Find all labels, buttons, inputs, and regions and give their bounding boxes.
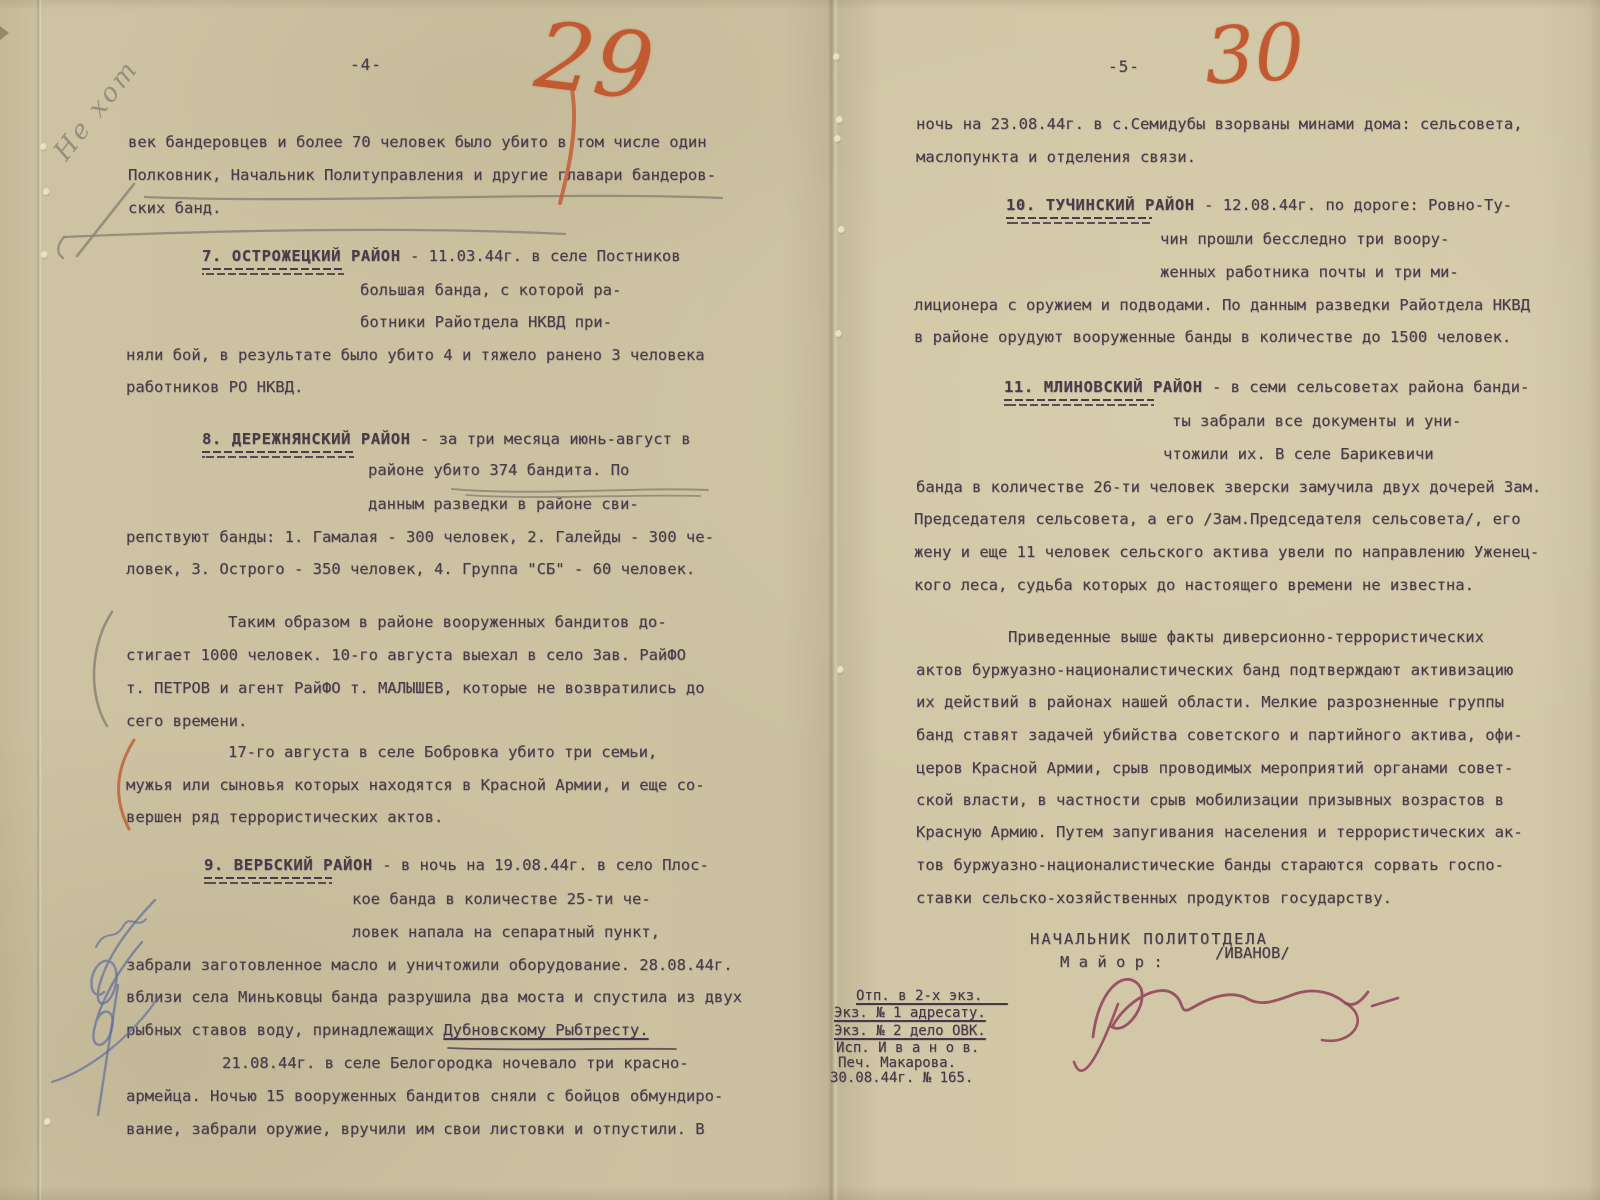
- heading-dash-underline: [204, 877, 332, 885]
- typed-line: кое банда в количестве 25-ти че-: [352, 890, 651, 909]
- typed-line: рыбных ставов воду, принадлежащих Дубнов…: [126, 1021, 649, 1040]
- typed-page-number-left: -4-: [350, 55, 382, 74]
- signature-descender: [1074, 1004, 1118, 1071]
- typed-line: мужья или сыновья которых находятся в Кр…: [126, 776, 705, 795]
- typed-line: 21.08.44г. в селе Белогородка ночевало т…: [222, 1054, 689, 1073]
- pinhole: [837, 666, 844, 675]
- typed-line: ночь на 23.08.44г. в с.Семидубы взорваны…: [916, 115, 1523, 134]
- typed-line: вблизи села Миньковцы банда разрушила дв…: [126, 988, 742, 1007]
- typed-line: забрали заготовленное масло и уничтожили…: [126, 956, 733, 975]
- typed-line: актов буржуазно-националистических банд …: [916, 661, 1513, 680]
- pinhole: [835, 330, 842, 339]
- typed-line: Таким образом в районе вооруженных банди…: [228, 613, 667, 632]
- typed-line: данным разведки в районе сви-: [368, 495, 639, 514]
- pinhole: [44, 1118, 51, 1127]
- pencil-underline-mark: [64, 230, 565, 237]
- typed-heading-line: 11. МЛИНОВСКИЙ РАЙОН - в семи сельсовета…: [1004, 378, 1529, 397]
- typed-line: вание, забрали оружие, вручили им свои л…: [126, 1120, 705, 1139]
- pencil-underline-hook: [58, 237, 64, 258]
- typed-line: их действий в районах нашей области. Мел…: [916, 693, 1504, 712]
- pinhole: [834, 135, 841, 144]
- pencil-slash-mark: [77, 184, 134, 256]
- typed-line: банд ставят задачей убийства советского …: [916, 726, 1523, 745]
- pencil-bracket-mark: [94, 612, 112, 726]
- typed-line: ских банд.: [128, 199, 221, 218]
- typed-heading-line: 9. ВЕРБСКИЙ РАЙОН - в ночь на 19.08.44г.…: [204, 856, 709, 875]
- typed-line: лиционера с оружием и подводами. По данн…: [914, 296, 1530, 315]
- typed-line: Председателя сельсовета, а его /Зам.Пред…: [914, 510, 1521, 529]
- pinhole: [40, 143, 47, 152]
- typed-line: ловек, 3. Острого - 350 человек, 4. Груп…: [126, 560, 695, 579]
- typed-line: М а й о р :: [1060, 953, 1163, 972]
- blue-diagonal-stroke: [98, 985, 118, 1115]
- typed-line: т. ПЕТРОВ и агент РайФО т. МАЛЫШЕВ, кото…: [126, 679, 705, 698]
- typed-line: Красную Армию. Путем запугивания населен…: [916, 823, 1523, 842]
- pinhole: [43, 188, 50, 197]
- typed-line: тов буржуазно-националистические банды с…: [916, 856, 1504, 875]
- typed-line: 17-го августа в селе Бобровка убито три …: [228, 743, 657, 762]
- typed-line: Полковник, Начальник Политуправления и д…: [128, 166, 716, 185]
- typed-line: маслопункта и отделения связи.: [916, 148, 1196, 167]
- handwritten-folio-number-right: 30: [1203, 7, 1307, 102]
- typed-line: в районе орудуют вооруженные банды в кол…: [914, 328, 1511, 347]
- typed-line: большая банда, с которой ра-: [360, 281, 621, 300]
- pinhole: [833, 53, 840, 62]
- typed-line: репствуют банды: 1. Гамалая - 300 челове…: [126, 528, 714, 547]
- typed-line: сего времени.: [126, 712, 247, 731]
- typed-heading-line: 7. ОСТРОЖЕЦКИЙ РАЙОН - 11.03.44г. в селе…: [202, 247, 681, 266]
- blue-cursive-swash: [52, 998, 158, 1082]
- typed-line: кого леса, судьба которых до настоящего …: [914, 576, 1474, 595]
- typed-heading-line: 10. ТУЧИНСКИЙ РАЙОН - 12.08.44г. по доро…: [1006, 196, 1512, 215]
- typed-line: армейца. Ночью 15 вооруженных бандитов с…: [126, 1087, 723, 1106]
- typed-line: работников РО НКВД.: [126, 378, 303, 397]
- signature-swash: [1322, 998, 1398, 1041]
- typed-line: банда в количестве 26-ти человек зверски…: [916, 478, 1541, 497]
- pinhole: [836, 116, 843, 125]
- blue-flourish-mark: [96, 919, 146, 947]
- document-scan: -4- -5- 29 30 Не хот век бандеровцев и б…: [0, 0, 1600, 1200]
- heading-dash-underline: [1004, 399, 1154, 407]
- typed-line: /ИВАНОВ/: [1215, 944, 1290, 963]
- paper-edge-nick: [0, 26, 9, 40]
- ink-underline-rybtrest: [448, 1048, 676, 1049]
- typed-line: жену и еще 11 человек сельского актива у…: [914, 543, 1539, 562]
- typed-line: Экз. № 1 адресату.: [834, 1004, 986, 1023]
- signature-scrawl: [1093, 979, 1368, 1037]
- pinhole: [838, 226, 845, 235]
- pencil-underline-mark: [145, 196, 722, 199]
- typed-line: женных работника почты и три ми-: [1160, 263, 1459, 282]
- typed-heading-line: 8. ДЕРЕЖНЯНСКИЙ РАЙОН - за три месяца ию…: [202, 430, 691, 449]
- typed-line: век бандеровцев и более 70 человек было …: [128, 133, 707, 152]
- typed-line: ставки сельско-хозяйственных продуктов г…: [916, 889, 1392, 908]
- handwritten-folio-number-left: 29: [530, 1, 659, 121]
- paper-fold-left: [36, 0, 42, 1200]
- typed-line: Приведенные выше факты диверсионно-терро…: [1008, 628, 1484, 647]
- typed-line: ловек напала на сепаратный пункт,: [352, 923, 660, 942]
- typed-line: ты забрали все документы и уни-: [1172, 412, 1461, 431]
- typed-line: ской власти, в частности срыв мобилизаци…: [916, 791, 1504, 810]
- typed-line: вершен ряд террористических актов.: [126, 808, 443, 827]
- typed-line: стигает 1000 человек. 10-го августа выех…: [126, 646, 686, 665]
- heading-dash-underline: [1006, 217, 1152, 225]
- typed-line: 30.08.44г. № 165.: [830, 1069, 973, 1088]
- heading-dash-underline: [202, 451, 354, 459]
- typed-line: чтожили их. В селе Барикевичи: [1163, 445, 1434, 464]
- pinhole: [41, 251, 48, 260]
- pencil-underline-374: [452, 489, 708, 492]
- typed-line: ботники Райотдела НКВД при-: [360, 313, 612, 332]
- heading-dash-underline: [202, 268, 344, 276]
- typed-page-number-right: -5-: [1108, 57, 1140, 76]
- typed-line: районе убито 374 бандита. По: [368, 461, 629, 480]
- typed-line: няли бой, в результате было убито 4 и тя…: [126, 346, 705, 365]
- typed-line: чин прошли бесследно три воору-: [1160, 230, 1449, 249]
- typed-line: церов Красной Армии, срыв проводимых мер…: [916, 759, 1513, 778]
